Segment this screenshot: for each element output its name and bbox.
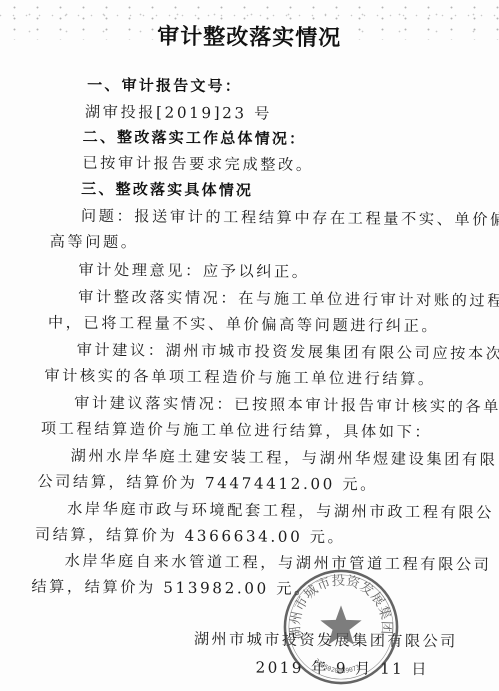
seal-number: 3305020059073	[313, 657, 362, 675]
section-3-heading: 三、整改落实具体情况	[81, 178, 253, 201]
settlement-1-line-1: 湖州水岸华庭土建安装工程，与湖州华煜建设集团有限	[71, 445, 498, 470]
section-1-heading: 一、审计报告文号：	[87, 74, 242, 96]
implementation-line-1: 审计建议落实情况：已按照本审计报告审计核实的各单	[74, 392, 499, 417]
settlement-1-line-2: 公司结算，结算价为 74474412.00 元。	[37, 470, 378, 494]
settlement-3-line-2: 结算，结算价为 513982.00 元。	[31, 575, 312, 599]
suggestion-line-1: 审计建议：湖州市城市投资发展集团有限公司应按本次	[77, 339, 499, 364]
rectification-line-1: 审计整改落实情况：在与施工单位进行审计对账的过程	[78, 286, 499, 311]
overall-status: 已按审计报告要求完成整改。	[82, 152, 313, 175]
star-icon	[320, 605, 361, 644]
settlement-3-line-1: 水岸华庭自来水管道工程，与湖州市管道工程有限公司	[65, 550, 492, 575]
implementation-line-2: 项工程结算造价与施工单位进行结算，具体如下：	[41, 417, 433, 442]
page-title: 审计整改落实情况	[0, 18, 499, 54]
issue-line-2: 高等问题。	[50, 230, 139, 252]
suggestion-line-2: 审计核实的各单项工程造价与施工单位进行结算。	[44, 364, 436, 389]
document-content: 审计整改落实情况 一、审计报告文号： 湖审投报[2019]23 号 二、整改落实…	[0, 0, 499, 691]
rectification-line-2: 中，已将工程量不实、单价偏高等问题进行纠正。	[48, 311, 440, 336]
document-page: 审计整改落实情况 一、审计报告文号： 湖审投报[2019]23 号 二、整改落实…	[0, 0, 499, 691]
official-seal-stamp: 湖州市城市投资发展集团有限公司 3305020059073	[282, 568, 400, 686]
settlement-2-line-2: 司结算，结算价为 4366634.00 元。	[35, 523, 346, 547]
section-2-heading: 二、整改落实工作总体情况：	[83, 126, 307, 149]
issue-line-1: 问题：报送审计的工程结算中存在工程量不实、单价偏	[81, 205, 499, 230]
audit-opinion-line: 审计处理意见：应予以纠正。	[78, 259, 309, 282]
settlement-2-line-1: 水岸华庭市政与环境配套工程，与湖州市政工程有限公	[67, 498, 494, 523]
report-number: 湖审投报[2019]23 号	[85, 101, 272, 124]
